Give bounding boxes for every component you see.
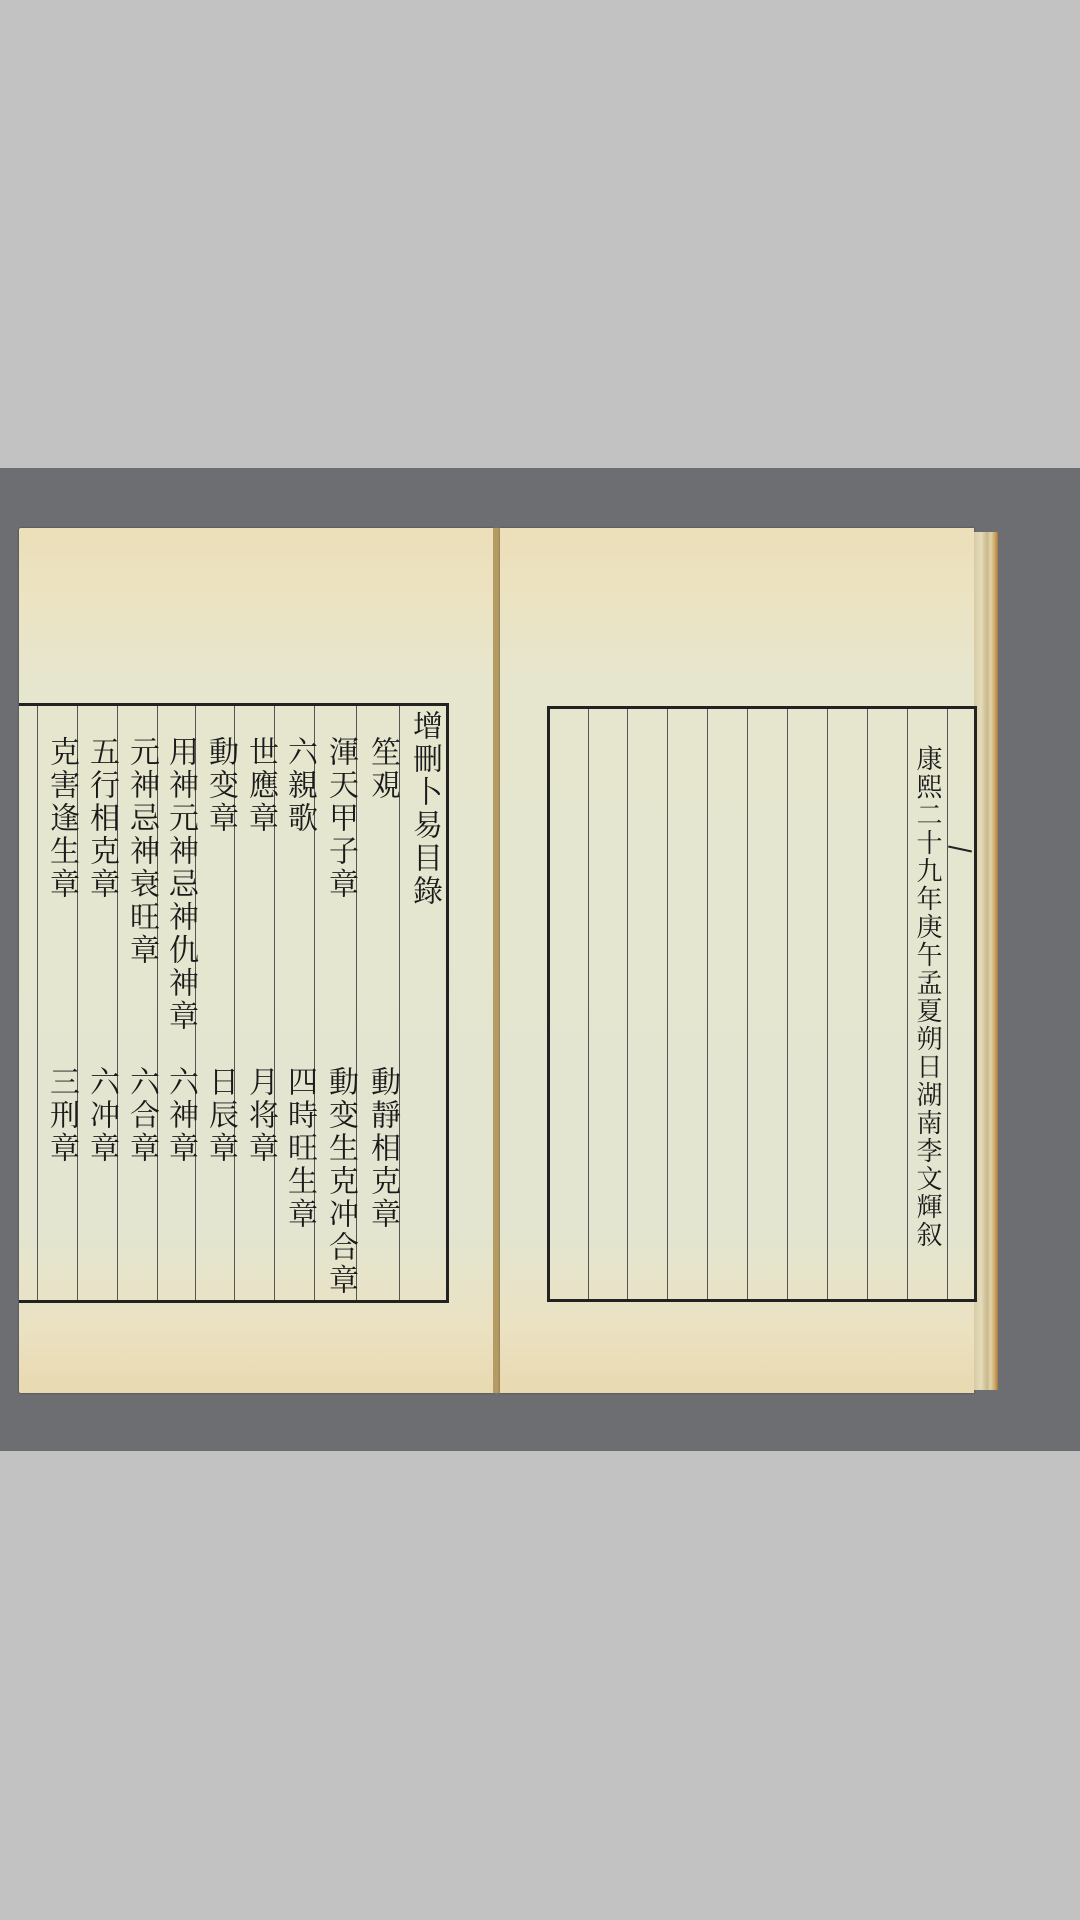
column-rule bbox=[627, 709, 628, 1299]
column-rule bbox=[947, 709, 948, 1299]
toc-entry: 渾天甲子章 bbox=[323, 736, 357, 901]
toc-title: 增刪卜易目錄 bbox=[407, 710, 441, 908]
toc-entry: 六親歌 bbox=[282, 736, 316, 835]
toc-entry: 日辰章 bbox=[203, 1066, 237, 1165]
page-stack-edges bbox=[974, 532, 998, 1390]
toc-entry: 六冲章 bbox=[84, 1066, 118, 1165]
right-page-frame: 康熙二十九年庚午孟夏朔日湖南李文輝叙 bbox=[547, 706, 977, 1302]
toc-entry: 動靜相克章 bbox=[365, 1066, 399, 1231]
toc-entry: 用神元神忌神仇神章 bbox=[163, 736, 197, 1033]
left-page-frame: 增刪卜易目錄 笙覌 動靜相克章 渾天甲子章 動变生克冲合章 六親歌 四時旺生章 … bbox=[19, 703, 449, 1303]
toc-entry: 世應章 bbox=[243, 736, 277, 835]
column-rule bbox=[747, 709, 748, 1299]
book-gutter bbox=[493, 528, 500, 1393]
column-rule bbox=[588, 709, 589, 1299]
toc-entry: 六合章 bbox=[124, 1066, 158, 1165]
toc-entry: 四時旺生章 bbox=[282, 1066, 316, 1231]
toc-entry: 三刑章 bbox=[44, 1066, 78, 1165]
toc-entry: 動变章 bbox=[203, 736, 237, 835]
toc-entry: 月将章 bbox=[243, 1066, 277, 1165]
toc-entry: 克害逢生章 bbox=[44, 736, 78, 901]
toc-entry: 笙覌 bbox=[365, 736, 399, 802]
column-rule bbox=[787, 709, 788, 1299]
toc-entry: 元神忌神衰旺章 bbox=[124, 736, 158, 967]
column-rule bbox=[707, 709, 708, 1299]
colophon-text: 康熙二十九年庚午孟夏朔日湖南李文輝叙 bbox=[912, 745, 942, 1249]
toc-entry: 五行相克章 bbox=[84, 736, 118, 901]
toc-entry: 六神章 bbox=[163, 1066, 197, 1165]
column-rule bbox=[867, 709, 868, 1299]
column-rule bbox=[827, 709, 828, 1299]
column-rule bbox=[907, 709, 908, 1299]
column-rule bbox=[37, 706, 38, 1300]
toc-entry: 動变生克冲合章 bbox=[323, 1066, 357, 1297]
column-rule bbox=[667, 709, 668, 1299]
